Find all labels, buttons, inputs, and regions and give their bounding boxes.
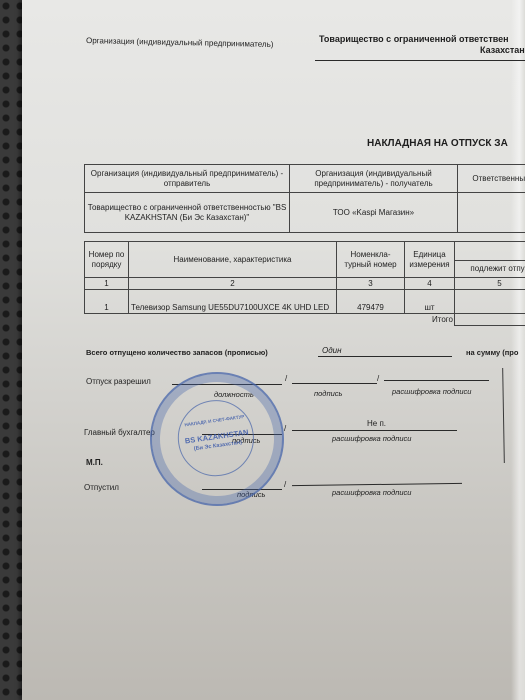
company-stamp: НАКЛАДР. И СЧЕТ-ФАКТУР BS KAZAKHSTAN (Би… (141, 363, 292, 514)
responsible-value (458, 193, 525, 233)
document-title: НАКЛАДНАЯ НА ОТПУСК ЗА (367, 138, 508, 149)
total-released-underline (318, 356, 452, 357)
row-quantity (455, 290, 525, 314)
total-released-label: Всего отпущено количество запасов (пропи… (86, 348, 268, 357)
total-released-value: Один (322, 346, 342, 355)
total-value (455, 314, 525, 326)
header-name: Наименование, характеристика (129, 242, 337, 278)
released-decoding-caption: расшифровка подписи (332, 488, 411, 497)
document-sheet: Организация (индивидуальный предпринимат… (22, 0, 525, 700)
decoding-caption: расшифровка подписи (392, 387, 471, 396)
organization-underline (315, 60, 525, 61)
items-table: Номер по порядку Наименование, характери… (84, 241, 525, 326)
column-number-1: 1 (85, 278, 129, 290)
column-number-5: 5 (455, 278, 525, 290)
sender-header: Организация (индивидуальный предпринимат… (85, 165, 290, 193)
row-number: 1 (85, 290, 129, 314)
row-name: Телевизор Samsung UE55DU7100UXCE 4K UHD … (129, 290, 337, 314)
chief-decoding-caption: расшифровка подписи (332, 434, 411, 443)
parties-table: Организация (индивидуальный предпринимат… (84, 164, 525, 233)
chief-accountant-name: Не п. (367, 419, 386, 428)
slash-1: / (285, 374, 287, 383)
seal-label: М.П. (86, 458, 103, 467)
table-row: 1 Телевизор Samsung UE55DU7100UXCE 4K UH… (85, 290, 525, 314)
organization-value-line2: Казахстан (480, 45, 525, 55)
header-quantity-sub: подлежит отпус (455, 261, 525, 278)
column-number-4: 4 (405, 278, 455, 290)
divider-line (502, 368, 505, 463)
decoding-line (384, 380, 489, 381)
slash-2: / (377, 374, 379, 383)
column-number-3: 3 (337, 278, 405, 290)
header-quantity: Кол (455, 242, 525, 261)
slash-3: / (284, 424, 286, 433)
released-decoding-line (292, 483, 462, 486)
organization-value-line1: Товарищество с ограниченной ответствен (319, 34, 509, 44)
chief-accountant-label: Главный бухгалтер (84, 428, 155, 437)
header-nomenclature: Номенкла-турный номер (337, 242, 405, 278)
total-label: Итого (85, 314, 455, 326)
receiver-header: Организация (индивидуальный предпринимат… (290, 165, 458, 193)
signature-line (292, 383, 377, 384)
responsible-header: Ответственный (458, 165, 525, 193)
header-unit: Единица измерения (405, 242, 455, 278)
receiver-value: ТОО «Kaspi Магазин» (290, 193, 458, 233)
sender-value: Товарищество с ограниченной ответственно… (85, 193, 290, 233)
column-number-2: 2 (129, 278, 337, 290)
organization-label: Организация (индивидуальный предпринимат… (86, 36, 274, 49)
sum-label: на сумму (про (466, 348, 518, 357)
release-allowed-label: Отпуск разрешил (86, 377, 151, 386)
header-number: Номер по порядку (85, 242, 129, 278)
slash-4: / (284, 480, 286, 489)
released-by-label: Отпустил (84, 483, 119, 492)
row-unit: шт (405, 290, 455, 314)
row-nomenclature: 479479 (337, 290, 405, 314)
signature-caption: подпись (314, 389, 342, 398)
chief-decoding-line (292, 430, 457, 431)
